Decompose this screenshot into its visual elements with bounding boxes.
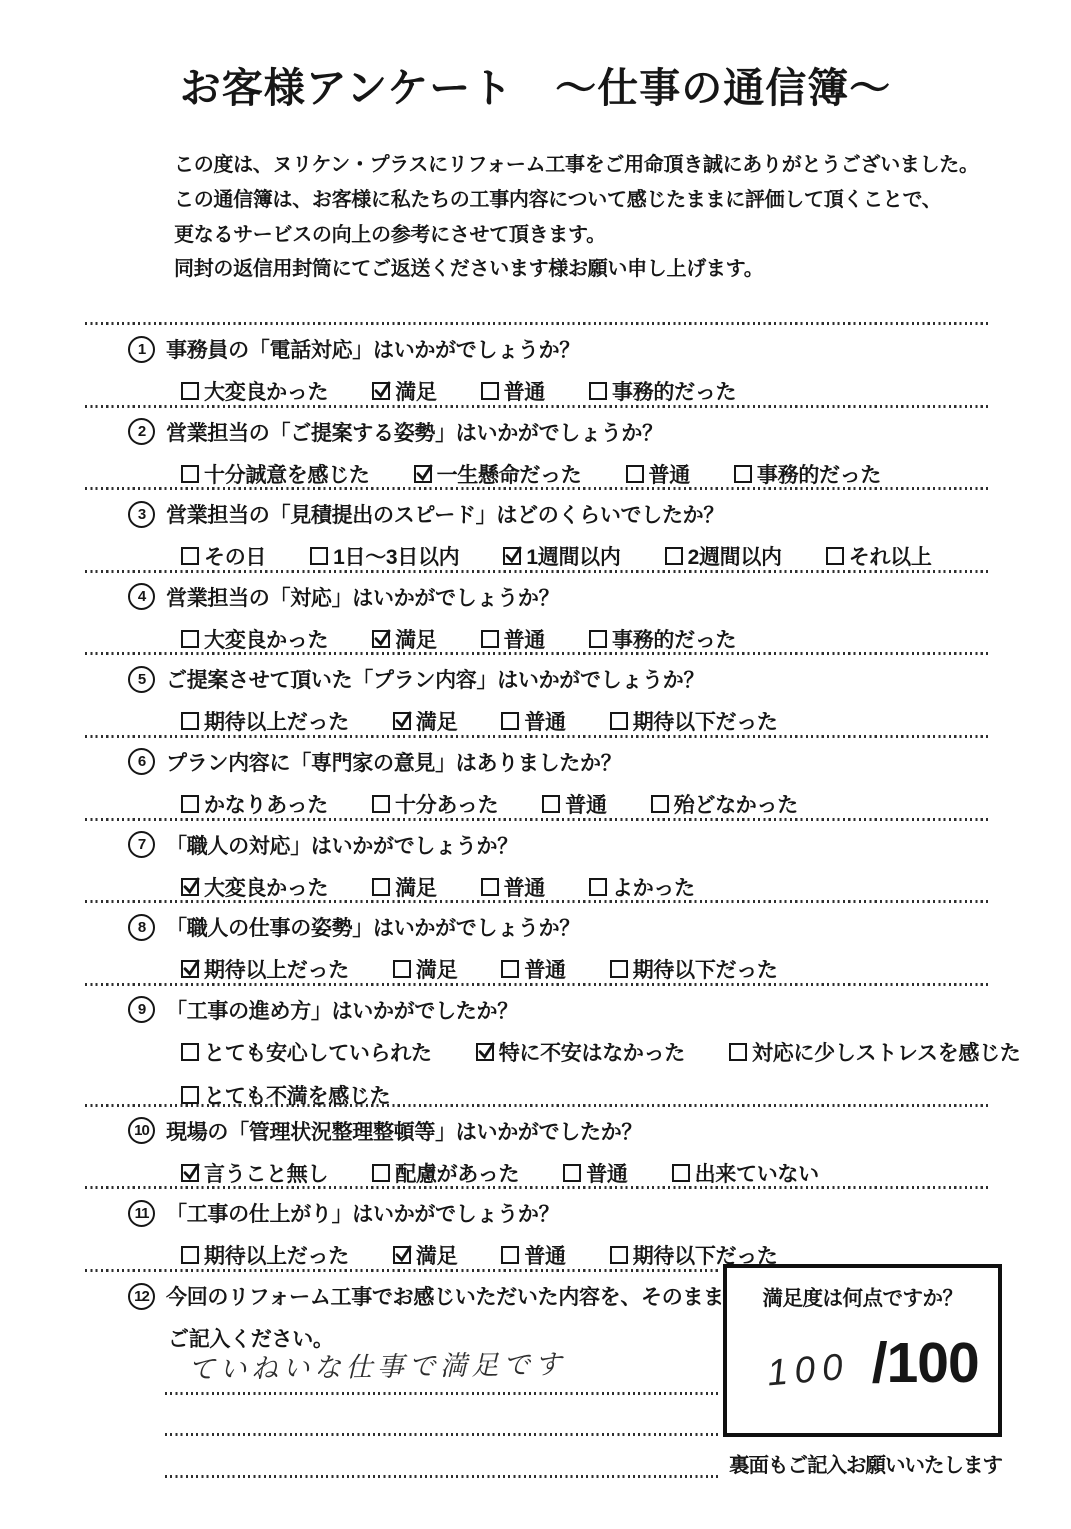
option: 事務的だった [734, 459, 881, 489]
question-text: 営業担当の「見積提出のスピード」はどのくらいでしたか？ [166, 499, 724, 529]
question-number: 10 [128, 1117, 155, 1144]
checkbox-unchecked[interactable] [651, 795, 669, 813]
question-text: ご提案させて頂いた「プラン内容」はいかがでしょうか？ [166, 664, 704, 694]
option: 十分誠意を感じた [181, 459, 370, 489]
option: 期待以下だった [610, 706, 778, 736]
checkbox-unchecked[interactable] [501, 1246, 519, 1264]
option: 大変良かった [181, 376, 328, 406]
questions-list: 1事務員の「電話対応」はいかがでしょうか？大変良かった満足普通事務的だった2営業… [0, 322, 1071, 1269]
question-block-11: 11「工事の仕上がり」はいかがでしょうか？期待以上だった満足普通期待以下だった [0, 1186, 1071, 1269]
option: それ以上 [826, 541, 932, 571]
checkbox-unchecked[interactable] [481, 878, 499, 896]
checkbox-unchecked[interactable] [734, 465, 752, 483]
option: 普通 [626, 459, 690, 489]
option: 普通 [501, 1240, 565, 1270]
checkbox-checked[interactable] [181, 960, 199, 978]
option: 一生懸命だった [414, 459, 582, 489]
checkbox-unchecked[interactable] [481, 382, 499, 400]
checkbox-unchecked[interactable] [181, 1246, 199, 1264]
checkbox-unchecked[interactable] [481, 630, 499, 648]
question-block-10: 10現場の「管理状況整理整頓等」はいかがでしたか？言うこと無し配慮があった普通出… [0, 1104, 1071, 1187]
checkbox-unchecked[interactable] [826, 547, 844, 565]
checkbox-unchecked[interactable] [310, 547, 328, 565]
question-block-7: 7「職人の対応」はいかがでしょうか？大変良かった満足普通よかった [0, 818, 1071, 901]
option: 満足 [393, 954, 457, 984]
option-label: 事務的だった [612, 376, 736, 406]
intro-paragraph: この度は、ヌリケン・プラスにリフォーム工事をご用命頂き誠にありがとうございました… [174, 148, 979, 287]
option-label: 2週間以内 [688, 541, 782, 571]
option: 特に不安はなかった [476, 1037, 685, 1067]
option: 対応に少しストレスを感じた [729, 1037, 1020, 1067]
checkbox-checked[interactable] [393, 712, 411, 730]
option-label: 1日～3日以内 [333, 541, 459, 571]
checkbox-unchecked[interactable] [181, 547, 199, 565]
option-label: 満足 [416, 954, 457, 984]
handwritten-score[interactable]: 100 [765, 1345, 851, 1394]
checkbox-unchecked[interactable] [372, 1164, 390, 1182]
question-text: 現場の「管理状況整理整頓等」はいかがでしたか？ [166, 1116, 642, 1146]
option: 殆どなかった [651, 789, 798, 819]
question-block-12: 12 今回のリフォーム工事でお感じいただいた内容を、そのまま ご記入ください。 … [0, 1269, 1071, 1529]
checkbox-unchecked[interactable] [589, 382, 607, 400]
option-label: 期待以上だった [204, 706, 349, 736]
checkbox-checked[interactable] [372, 382, 390, 400]
option-label: 事務的だった [757, 459, 881, 489]
option-label: 配慮があった [395, 1158, 519, 1188]
option: 十分あった [372, 789, 498, 819]
option-label: 殆どなかった [674, 789, 798, 819]
option-label: 期待以上だった [204, 1240, 349, 1270]
checkbox-unchecked[interactable] [181, 1086, 199, 1104]
question-number: 11 [128, 1200, 155, 1227]
option: 普通 [542, 789, 606, 819]
back-side-note: 裏面もご記入お願いいたします [729, 1448, 1002, 1478]
option-label: 対応に少しストレスを感じた [752, 1037, 1020, 1067]
intro-line: 更なるサービスの向上の参考にさせて頂きます。 [174, 218, 979, 253]
checkbox-unchecked[interactable] [372, 795, 390, 813]
option: 普通 [501, 954, 565, 984]
option-label: 出来ていない [695, 1158, 819, 1188]
option-label: 普通 [649, 459, 690, 489]
answer-write-line[interactable] [165, 1433, 719, 1436]
checkbox-unchecked[interactable] [610, 1246, 628, 1264]
option-label: 普通 [524, 954, 565, 984]
question-block-2: 2営業担当の「ご提案する姿勢」はいかがでしょうか？十分誠意を感じた一生懸命だった… [0, 405, 1071, 488]
intro-line: 同封の返信用封筒にてご返送くださいます様お願い申し上げます。 [174, 252, 979, 287]
survey-page: お客様アンケート ～仕事の通信簿～ この度は、ヌリケン・プラスにリフォーム工事を… [0, 0, 1071, 1529]
option-label: それ以上 [849, 541, 932, 571]
option-label: 満足 [395, 376, 436, 406]
checkbox-checked[interactable] [372, 630, 390, 648]
checkbox-unchecked[interactable] [181, 465, 199, 483]
checkbox-unchecked[interactable] [372, 878, 390, 896]
question-number: 2 [128, 418, 155, 445]
option: 大変良かった [181, 624, 328, 654]
option-label: 期待以下だった [633, 954, 778, 984]
checkbox-unchecked[interactable] [181, 712, 199, 730]
checkbox-unchecked[interactable] [610, 960, 628, 978]
checkbox-checked[interactable] [503, 547, 521, 565]
option: 言うこと無し [181, 1158, 328, 1188]
option: 満足 [372, 376, 436, 406]
option-label: 特に不安はなかった [499, 1037, 685, 1067]
question-number: 9 [128, 996, 155, 1023]
checkbox-unchecked[interactable] [563, 1164, 581, 1182]
score-box: 満足度は何点ですか？ 100 /100 [723, 1264, 1002, 1437]
option: 事務的だった [589, 624, 736, 654]
option-label: 普通 [586, 1158, 627, 1188]
option: 1日～3日以内 [310, 541, 459, 571]
option-label: 普通 [504, 872, 545, 902]
option: 出来ていない [672, 1158, 819, 1188]
score-box-label: 満足度は何点ですか？ [727, 1281, 998, 1311]
option-label: 普通 [524, 1240, 565, 1270]
question-text: 営業担当の「対応」はいかがでしょうか？ [166, 582, 559, 612]
option-label: 言うこと無し [204, 1158, 328, 1188]
checkbox-unchecked[interactable] [542, 795, 560, 813]
intro-line: この通信簿は、お客様に私たちの工事内容について感じたままに評価して頂くことで、 [174, 183, 979, 218]
option-label: 期待以下だった [633, 706, 778, 736]
option: 普通 [481, 872, 545, 902]
option: 普通 [481, 376, 545, 406]
option: 事務的だった [589, 376, 736, 406]
option-label: 1週間以内 [526, 541, 620, 571]
handwritten-answer: ていねいな仕事で満足です [188, 1342, 567, 1386]
question-block-9: 9「工事の進め方」はいかがでしたか？とても安心していられた特に不安はなかった対応… [0, 983, 1071, 1104]
question-number: 8 [128, 914, 155, 941]
checkbox-checked[interactable] [393, 1246, 411, 1264]
question-number: 3 [128, 501, 155, 528]
checkbox-unchecked[interactable] [665, 547, 683, 565]
option: 期待以下だった [610, 954, 778, 984]
answer-write-line[interactable] [165, 1475, 719, 1478]
question-block-8: 8「職人の仕事の姿勢」はいかがでしょうか？期待以上だった満足普通期待以下だった [0, 900, 1071, 983]
option-label: 普通 [524, 706, 565, 736]
page-title: お客様アンケート ～仕事の通信簿～ [0, 55, 1071, 114]
option-label: 事務的だった [612, 624, 736, 654]
option: 満足 [372, 872, 436, 902]
option: 配慮があった [372, 1158, 519, 1188]
checkbox-unchecked[interactable] [589, 630, 607, 648]
question-number: 1 [128, 336, 155, 363]
option: かなりあった [181, 789, 328, 819]
checkbox-unchecked[interactable] [501, 960, 519, 978]
intro-line: この度は、ヌリケン・プラスにリフォーム工事をご用命頂き誠にありがとうございました… [174, 148, 979, 183]
option: 満足 [393, 706, 457, 736]
option: 期待以上だった [181, 1240, 349, 1270]
question-number: 12 [128, 1283, 155, 1310]
option: 満足 [393, 1240, 457, 1270]
question-number: 6 [128, 748, 155, 775]
option-label: 期待以上だった [204, 954, 349, 984]
checkbox-checked[interactable] [181, 878, 199, 896]
question-number: 5 [128, 666, 155, 693]
option-label: 満足 [395, 624, 436, 654]
option-label: 十分誠意を感じた [204, 459, 370, 489]
option-label: 普通 [504, 376, 545, 406]
score-max-label: /100 [872, 1330, 979, 1396]
question-text: 営業担当の「ご提案する姿勢」はいかがでしょうか？ [166, 417, 663, 447]
option-label: 満足 [395, 872, 436, 902]
question-number: 7 [128, 831, 155, 858]
option: 普通 [481, 624, 545, 654]
question-block-6: 6プラン内容に「専門家の意見」はありましたか？かなりあった十分あった普通殆どなか… [0, 735, 1071, 818]
checkbox-unchecked[interactable] [181, 795, 199, 813]
checkbox-unchecked[interactable] [729, 1043, 747, 1061]
option: よかった [589, 872, 695, 902]
checkbox-checked[interactable] [181, 1164, 199, 1182]
option-label: 満足 [416, 1240, 457, 1270]
option-label: 普通 [565, 789, 606, 819]
checkbox-unchecked[interactable] [181, 1043, 199, 1061]
option: 普通 [501, 706, 565, 736]
option-label: 大変良かった [204, 872, 328, 902]
question-text: 「工事の進め方」はいかがでしたか？ [166, 995, 518, 1025]
question-block-5: 5ご提案させて頂いた「プラン内容」はいかがでしょうか？期待以上だった満足普通期待… [0, 652, 1071, 735]
option-label: 普通 [504, 624, 545, 654]
checkbox-unchecked[interactable] [393, 960, 411, 978]
checkbox-checked[interactable] [414, 465, 432, 483]
question-text: 「工事の仕上がり」はいかがでしょうか？ [166, 1198, 559, 1228]
question-block-3: 3営業担当の「見積提出のスピード」はどのくらいでしたか？その日1日～3日以内1週… [0, 487, 1071, 570]
option-label: とても安心していられた [204, 1037, 432, 1067]
option-label: よかった [612, 872, 695, 902]
checkbox-unchecked[interactable] [181, 630, 199, 648]
option: とても不満を感じた [181, 1080, 390, 1110]
option: 大変良かった [181, 872, 328, 902]
question-block-1: 1事務員の「電話対応」はいかがでしょうか？大変良かった満足普通事務的だった [0, 322, 1071, 405]
separator-line [85, 322, 991, 325]
question-text: プラン内容に「専門家の意見」はありましたか？ [166, 747, 621, 777]
option: 満足 [372, 624, 436, 654]
option-label: 満足 [416, 706, 457, 736]
checkbox-unchecked[interactable] [589, 878, 607, 896]
option-label: 一生懸命だった [437, 459, 582, 489]
checkbox-unchecked[interactable] [501, 712, 519, 730]
question-text: 「職人の対応」はいかがでしょうか？ [166, 830, 518, 860]
question-text: 「職人の仕事の姿勢」はいかがでしょうか？ [166, 912, 580, 942]
option: その日 [181, 541, 266, 571]
checkbox-checked[interactable] [476, 1043, 494, 1061]
checkbox-unchecked[interactable] [610, 712, 628, 730]
separator-line [85, 1269, 719, 1272]
option-label: 大変良かった [204, 376, 328, 406]
option-label: その日 [204, 541, 266, 571]
option-label: 大変良かった [204, 624, 328, 654]
question-text: 今回のリフォーム工事でお感じいただいた内容を、そのまま [166, 1281, 724, 1311]
option: 期待以上だった [181, 706, 349, 736]
option: とても安心していられた [181, 1037, 432, 1067]
checkbox-unchecked[interactable] [672, 1164, 690, 1182]
option-label: とても不満を感じた [204, 1080, 390, 1110]
question-block-4: 4営業担当の「対応」はいかがでしょうか？大変良かった満足普通事務的だった [0, 570, 1071, 653]
option-label: かなりあった [204, 789, 328, 819]
option: 普通 [563, 1158, 627, 1188]
question-text: 事務員の「電話対応」はいかがでしょうか？ [166, 334, 580, 364]
question-number: 4 [128, 583, 155, 610]
option: 1週間以内 [503, 541, 620, 571]
checkbox-unchecked[interactable] [626, 465, 644, 483]
option: 期待以上だった [181, 954, 349, 984]
option: 2週間以内 [665, 541, 782, 571]
option-label: 十分あった [395, 789, 498, 819]
answer-write-line[interactable] [165, 1392, 719, 1395]
checkbox-unchecked[interactable] [181, 382, 199, 400]
